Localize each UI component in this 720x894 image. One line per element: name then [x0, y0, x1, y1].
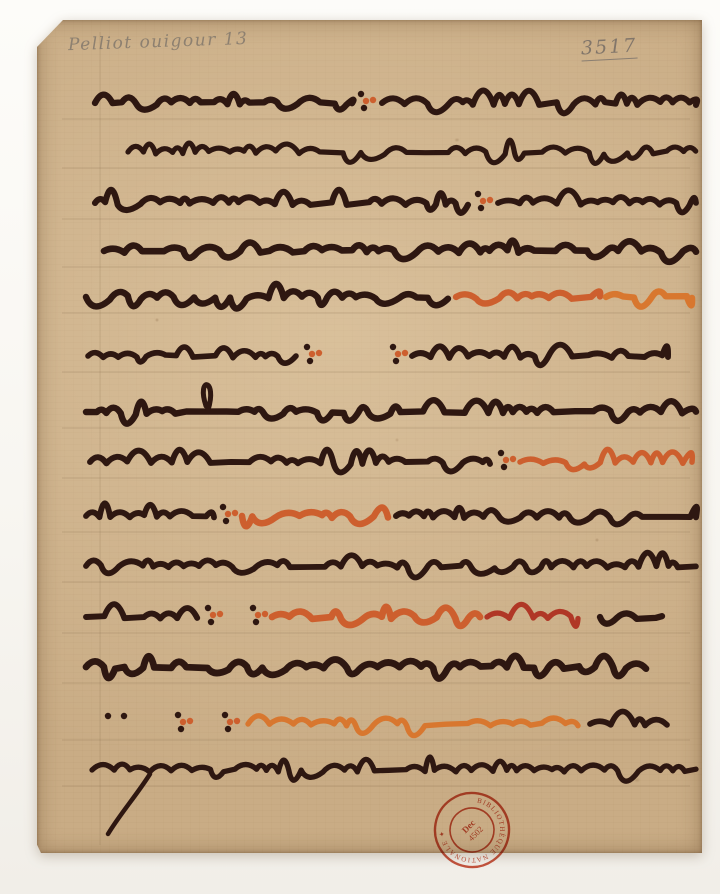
punctuation-dots-13-3 — [225, 726, 231, 732]
punctuation-dots-13-3 — [234, 718, 240, 724]
punctuation-dots-1-2 — [361, 105, 367, 111]
script-line-1-seg-3 — [382, 90, 697, 113]
punctuation-dots-6-3 — [395, 351, 401, 357]
punctuation-dots-9-2 — [220, 504, 226, 510]
script-line-5-seg-2 — [456, 291, 600, 303]
punctuation-dots-3-2 — [487, 197, 493, 203]
punctuation-dots-3-2 — [475, 191, 481, 197]
punctuation-dots-11-2 — [208, 619, 214, 625]
descender-tail-14 — [108, 774, 150, 834]
punctuation-dots-13-2 — [180, 719, 186, 725]
script-line-5-seg-3 — [606, 291, 692, 306]
punctuation-dots-11-3 — [253, 619, 259, 625]
punctuation-dots-6-2 — [309, 351, 315, 357]
script-line-11-seg-6 — [600, 613, 662, 623]
double-dot-13 — [105, 713, 111, 719]
punctuation-dots-9-2 — [232, 510, 238, 516]
punctuation-dots-11-2 — [205, 605, 211, 611]
punctuation-dots-11-2 — [217, 611, 223, 617]
punctuation-dots-13-3 — [222, 712, 228, 718]
script-line-8-seg-3 — [520, 449, 692, 469]
double-dot-13 — [121, 713, 127, 719]
ascender-loop-7 — [203, 385, 210, 410]
punctuation-dots-6-3 — [402, 350, 408, 356]
punctuation-dots-6-2 — [316, 350, 322, 356]
punctuation-dots-11-3 — [250, 605, 256, 611]
punctuation-dots-13-2 — [175, 712, 181, 718]
script-line-4-seg-1 — [104, 241, 696, 262]
script-line-3-seg-1 — [95, 190, 468, 213]
script-line-7-seg-1 — [86, 400, 696, 423]
punctuation-dots-1-2 — [363, 98, 369, 104]
script-line-11-seg-1 — [86, 604, 197, 618]
script-line-14-seg-1 — [92, 757, 696, 781]
punctuation-dots-13-3 — [227, 719, 233, 725]
punctuation-dots-11-3 — [255, 612, 261, 618]
punctuation-dots-3-2 — [478, 205, 484, 211]
punctuation-dots-1-2 — [358, 91, 364, 97]
script-line-11-seg-4 — [272, 607, 480, 626]
punctuation-dots-6-3 — [393, 358, 399, 364]
script-line-6-seg-1 — [88, 347, 296, 363]
punctuation-dots-11-2 — [210, 612, 216, 618]
script-line-12-seg-1 — [86, 656, 646, 679]
punctuation-dots-8-2 — [501, 464, 507, 470]
punctuation-dots-11-3 — [262, 611, 268, 617]
script-line-9-seg-3 — [242, 507, 388, 526]
punctuation-dots-8-2 — [510, 456, 516, 462]
script-line-5-seg-1 — [86, 284, 448, 309]
punctuation-dots-1-2 — [370, 97, 376, 103]
script-line-1-seg-1 — [95, 94, 353, 110]
script-line-11-seg-5 — [487, 604, 578, 626]
manuscript-photo: Pelliot ouigour 13 3517 BIBLIOTHÈQUE NAT… — [0, 0, 720, 894]
punctuation-dots-6-2 — [307, 358, 313, 364]
punctuation-dots-13-2 — [187, 718, 193, 724]
punctuation-dots-9-2 — [225, 511, 231, 517]
punctuation-dots-8-2 — [503, 457, 509, 463]
script-line-6-seg-4 — [412, 345, 668, 366]
punctuation-dots-8-2 — [498, 450, 504, 456]
script-line-9-seg-4 — [396, 507, 697, 525]
punctuation-dots-6-2 — [304, 344, 310, 350]
punctuation-dots-6-3 — [390, 344, 396, 350]
script-line-13-seg-5 — [590, 711, 667, 725]
uyghur-script-layer — [0, 0, 720, 894]
punctuation-dots-3-2 — [480, 198, 486, 204]
script-line-9-seg-1 — [86, 503, 214, 517]
punctuation-dots-13-2 — [178, 726, 184, 732]
script-line-2-seg-1 — [128, 140, 696, 163]
punctuation-dots-9-2 — [223, 518, 229, 524]
script-line-13-seg-4 — [248, 716, 578, 736]
script-line-3-seg-3 — [498, 190, 696, 212]
library-stamp: BIBLIOTHÈQUE NATIONALE ✦ Dec 4502 — [423, 781, 520, 878]
script-line-10-seg-1 — [86, 553, 696, 578]
script-line-8-seg-1 — [90, 450, 490, 473]
